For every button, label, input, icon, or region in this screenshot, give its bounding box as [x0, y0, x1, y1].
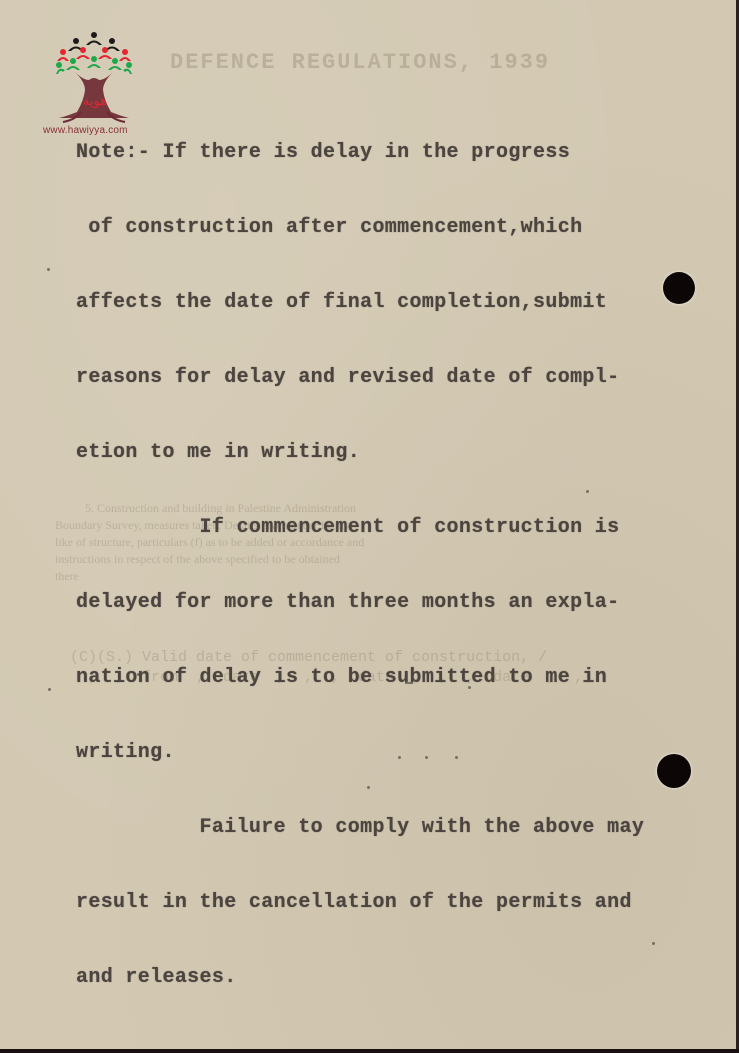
speck — [425, 756, 428, 759]
scanned-document-page: DEFENCE REGULATIONS, 1939 5. Constructio… — [0, 0, 736, 1049]
page-edge-bottom — [0, 1049, 739, 1053]
typed-line: etion to me in writing. — [76, 440, 644, 465]
speck — [367, 786, 370, 789]
punch-hole — [657, 754, 691, 788]
speck — [405, 682, 413, 684]
typed-line: If commencement of construction is — [76, 515, 644, 540]
typed-line: Failure to comply with the above may — [76, 815, 644, 840]
typed-line: Note:- If there is delay in the progress — [76, 140, 644, 165]
typed-line: delayed for more than three months an ex… — [76, 590, 644, 615]
typed-line: of construction after commencement,which — [76, 215, 644, 240]
speck — [455, 756, 458, 759]
speck — [652, 942, 655, 945]
bleed-through-header: DEFENCE REGULATIONS, 1939 — [170, 50, 550, 75]
speck — [137, 673, 140, 676]
speck — [47, 268, 50, 271]
typed-line: writing. — [76, 740, 644, 765]
typed-line: nation of delay is to be submitted to me… — [76, 665, 644, 690]
typed-line: result in the cancellation of the permit… — [76, 890, 644, 915]
typed-line: reasons for delay and revised date of co… — [76, 365, 644, 390]
typed-line: affects the date of final completion,sub… — [76, 290, 644, 315]
typed-line: and releases. — [76, 965, 644, 990]
speck — [398, 756, 401, 759]
punch-hole — [663, 272, 695, 304]
typed-note: Note:- If there is delay in the progress… — [76, 90, 644, 1040]
speck — [468, 686, 471, 689]
speck — [586, 490, 589, 493]
speck — [48, 688, 51, 691]
